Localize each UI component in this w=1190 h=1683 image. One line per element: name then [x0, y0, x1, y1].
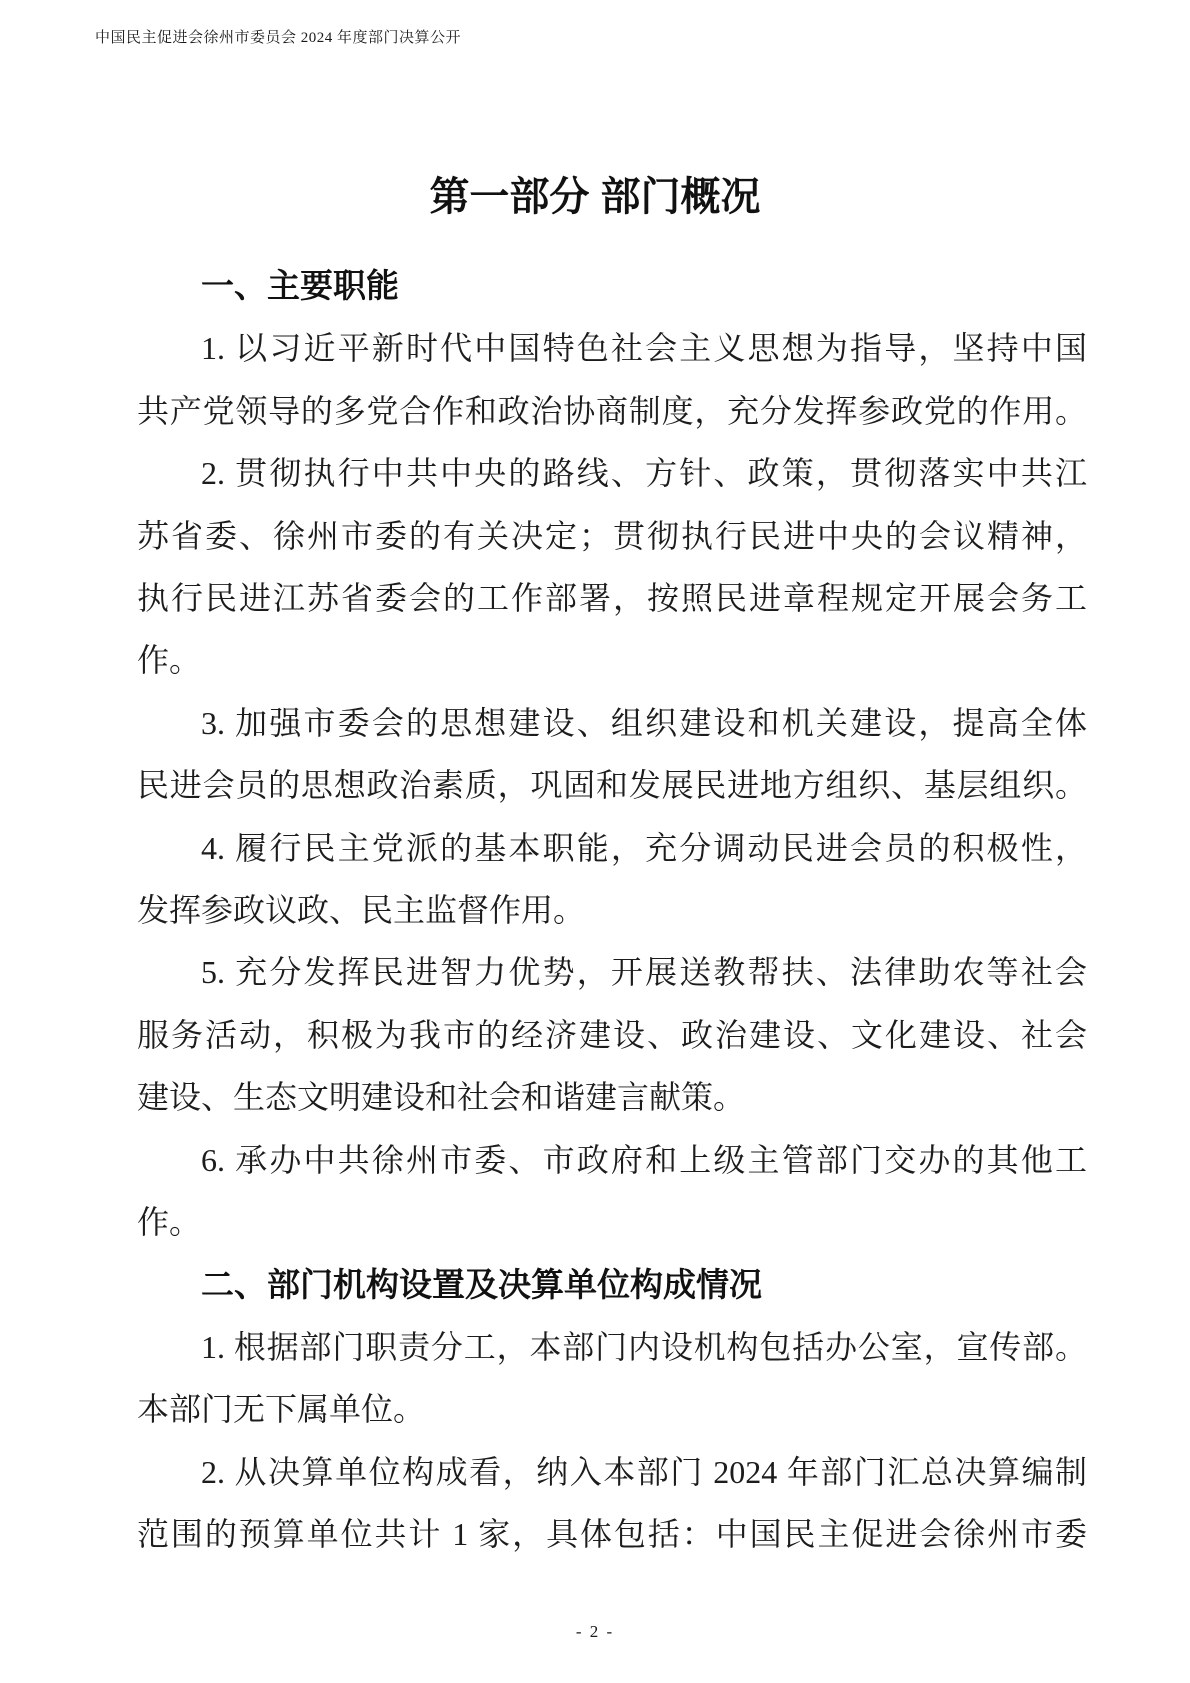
text-line: 服务活动，积极为我市的经济建设、政治建设、文化建设、社会 — [137, 1004, 1087, 1066]
text-line: 6. 承办中共徐州市委、市政府和上级主管部门交办的其他工 — [137, 1129, 1087, 1191]
text-line: 1. 根据部门职责分工，本部门内设机构包括办公室，宣传部。 — [137, 1316, 1087, 1378]
paragraph: 2. 从决算单位构成看，纳入本部门 2024 年部门汇总决算编制 范围的预算单位… — [137, 1441, 1087, 1566]
paragraph: 1. 以习近平新时代中国特色社会主义思想为指导，坚持中国 共产党领导的多党合作和… — [137, 317, 1087, 442]
text-line: 3. 加强市委会的思想建设、组织建设和机关建设，提高全体 — [137, 692, 1087, 754]
text-line: 苏省委、徐州市委的有关决定；贯彻执行民进中央的会议精神， — [137, 505, 1087, 567]
text-line: 5. 充分发挥民进智力优势，开展送教帮扶、法律助农等社会 — [137, 941, 1087, 1003]
paragraph: 6. 承办中共徐州市委、市政府和上级主管部门交办的其他工 作。 — [137, 1129, 1087, 1254]
text-line: 作。 — [137, 629, 1087, 691]
paragraph: 3. 加强市委会的思想建设、组织建设和机关建设，提高全体 民进会员的思想政治素质… — [137, 692, 1087, 817]
text-line: 民进会员的思想政治素质，巩固和发展民进地方组织、基层组织。 — [137, 754, 1087, 816]
text-line: 执行民进江苏省委会的工作部署，按照民进章程规定开展会务工 — [137, 567, 1087, 629]
paragraph: 2. 贯彻执行中共中央的路线、方针、政策，贯彻落实中共江 苏省委、徐州市委的有关… — [137, 442, 1087, 692]
text-line: 共产党领导的多党合作和政治协商制度，充分发挥参政党的作用。 — [137, 380, 1087, 442]
section-main-functions: 一、主要职能 1. 以习近平新时代中国特色社会主义思想为指导，坚持中国 共产党领… — [137, 255, 1087, 1254]
text-line: 本部门无下属单位。 — [137, 1378, 1087, 1440]
document-body: 一、主要职能 1. 以习近平新时代中国特色社会主义思想为指导，坚持中国 共产党领… — [137, 255, 1087, 1566]
section-heading: 一、主要职能 — [137, 255, 1087, 317]
text-line: 2. 贯彻执行中共中央的路线、方针、政策，贯彻落实中共江 — [137, 442, 1087, 504]
document-page: 中国民主促进会徐州市委员会 2024 年度部门决算公开 第一部分 部门概况 一、… — [0, 0, 1190, 1683]
page-number: - 2 - — [0, 1622, 1190, 1642]
section-heading: 二、部门机构设置及决算单位构成情况 — [137, 1254, 1087, 1316]
section-org-structure: 二、部门机构设置及决算单位构成情况 1. 根据部门职责分工，本部门内设机构包括办… — [137, 1254, 1087, 1566]
paragraph: 4. 履行民主党派的基本职能，充分调动民进会员的积极性， 发挥参政议政、民主监督… — [137, 817, 1087, 942]
document-title: 第一部分 部门概况 — [0, 172, 1190, 222]
text-line: 1. 以习近平新时代中国特色社会主义思想为指导，坚持中国 — [137, 317, 1087, 379]
text-line: 建设、生态文明建设和社会和谐建言献策。 — [137, 1066, 1087, 1128]
paragraph: 5. 充分发挥民进智力优势，开展送教帮扶、法律助农等社会 服务活动，积极为我市的… — [137, 941, 1087, 1128]
text-line: 2. 从决算单位构成看，纳入本部门 2024 年部门汇总决算编制 — [137, 1441, 1087, 1503]
document-header: 中国民主促进会徐州市委员会 2024 年度部门决算公开 — [95, 26, 461, 47]
text-line: 4. 履行民主党派的基本职能，充分调动民进会员的积极性， — [137, 817, 1087, 879]
text-line: 范围的预算单位共计 1 家，具体包括：中国民主促进会徐州市委 — [137, 1503, 1087, 1565]
paragraph: 1. 根据部门职责分工，本部门内设机构包括办公室，宣传部。 本部门无下属单位。 — [137, 1316, 1087, 1441]
text-line: 发挥参政议政、民主监督作用。 — [137, 879, 1087, 941]
text-line: 作。 — [137, 1191, 1087, 1253]
